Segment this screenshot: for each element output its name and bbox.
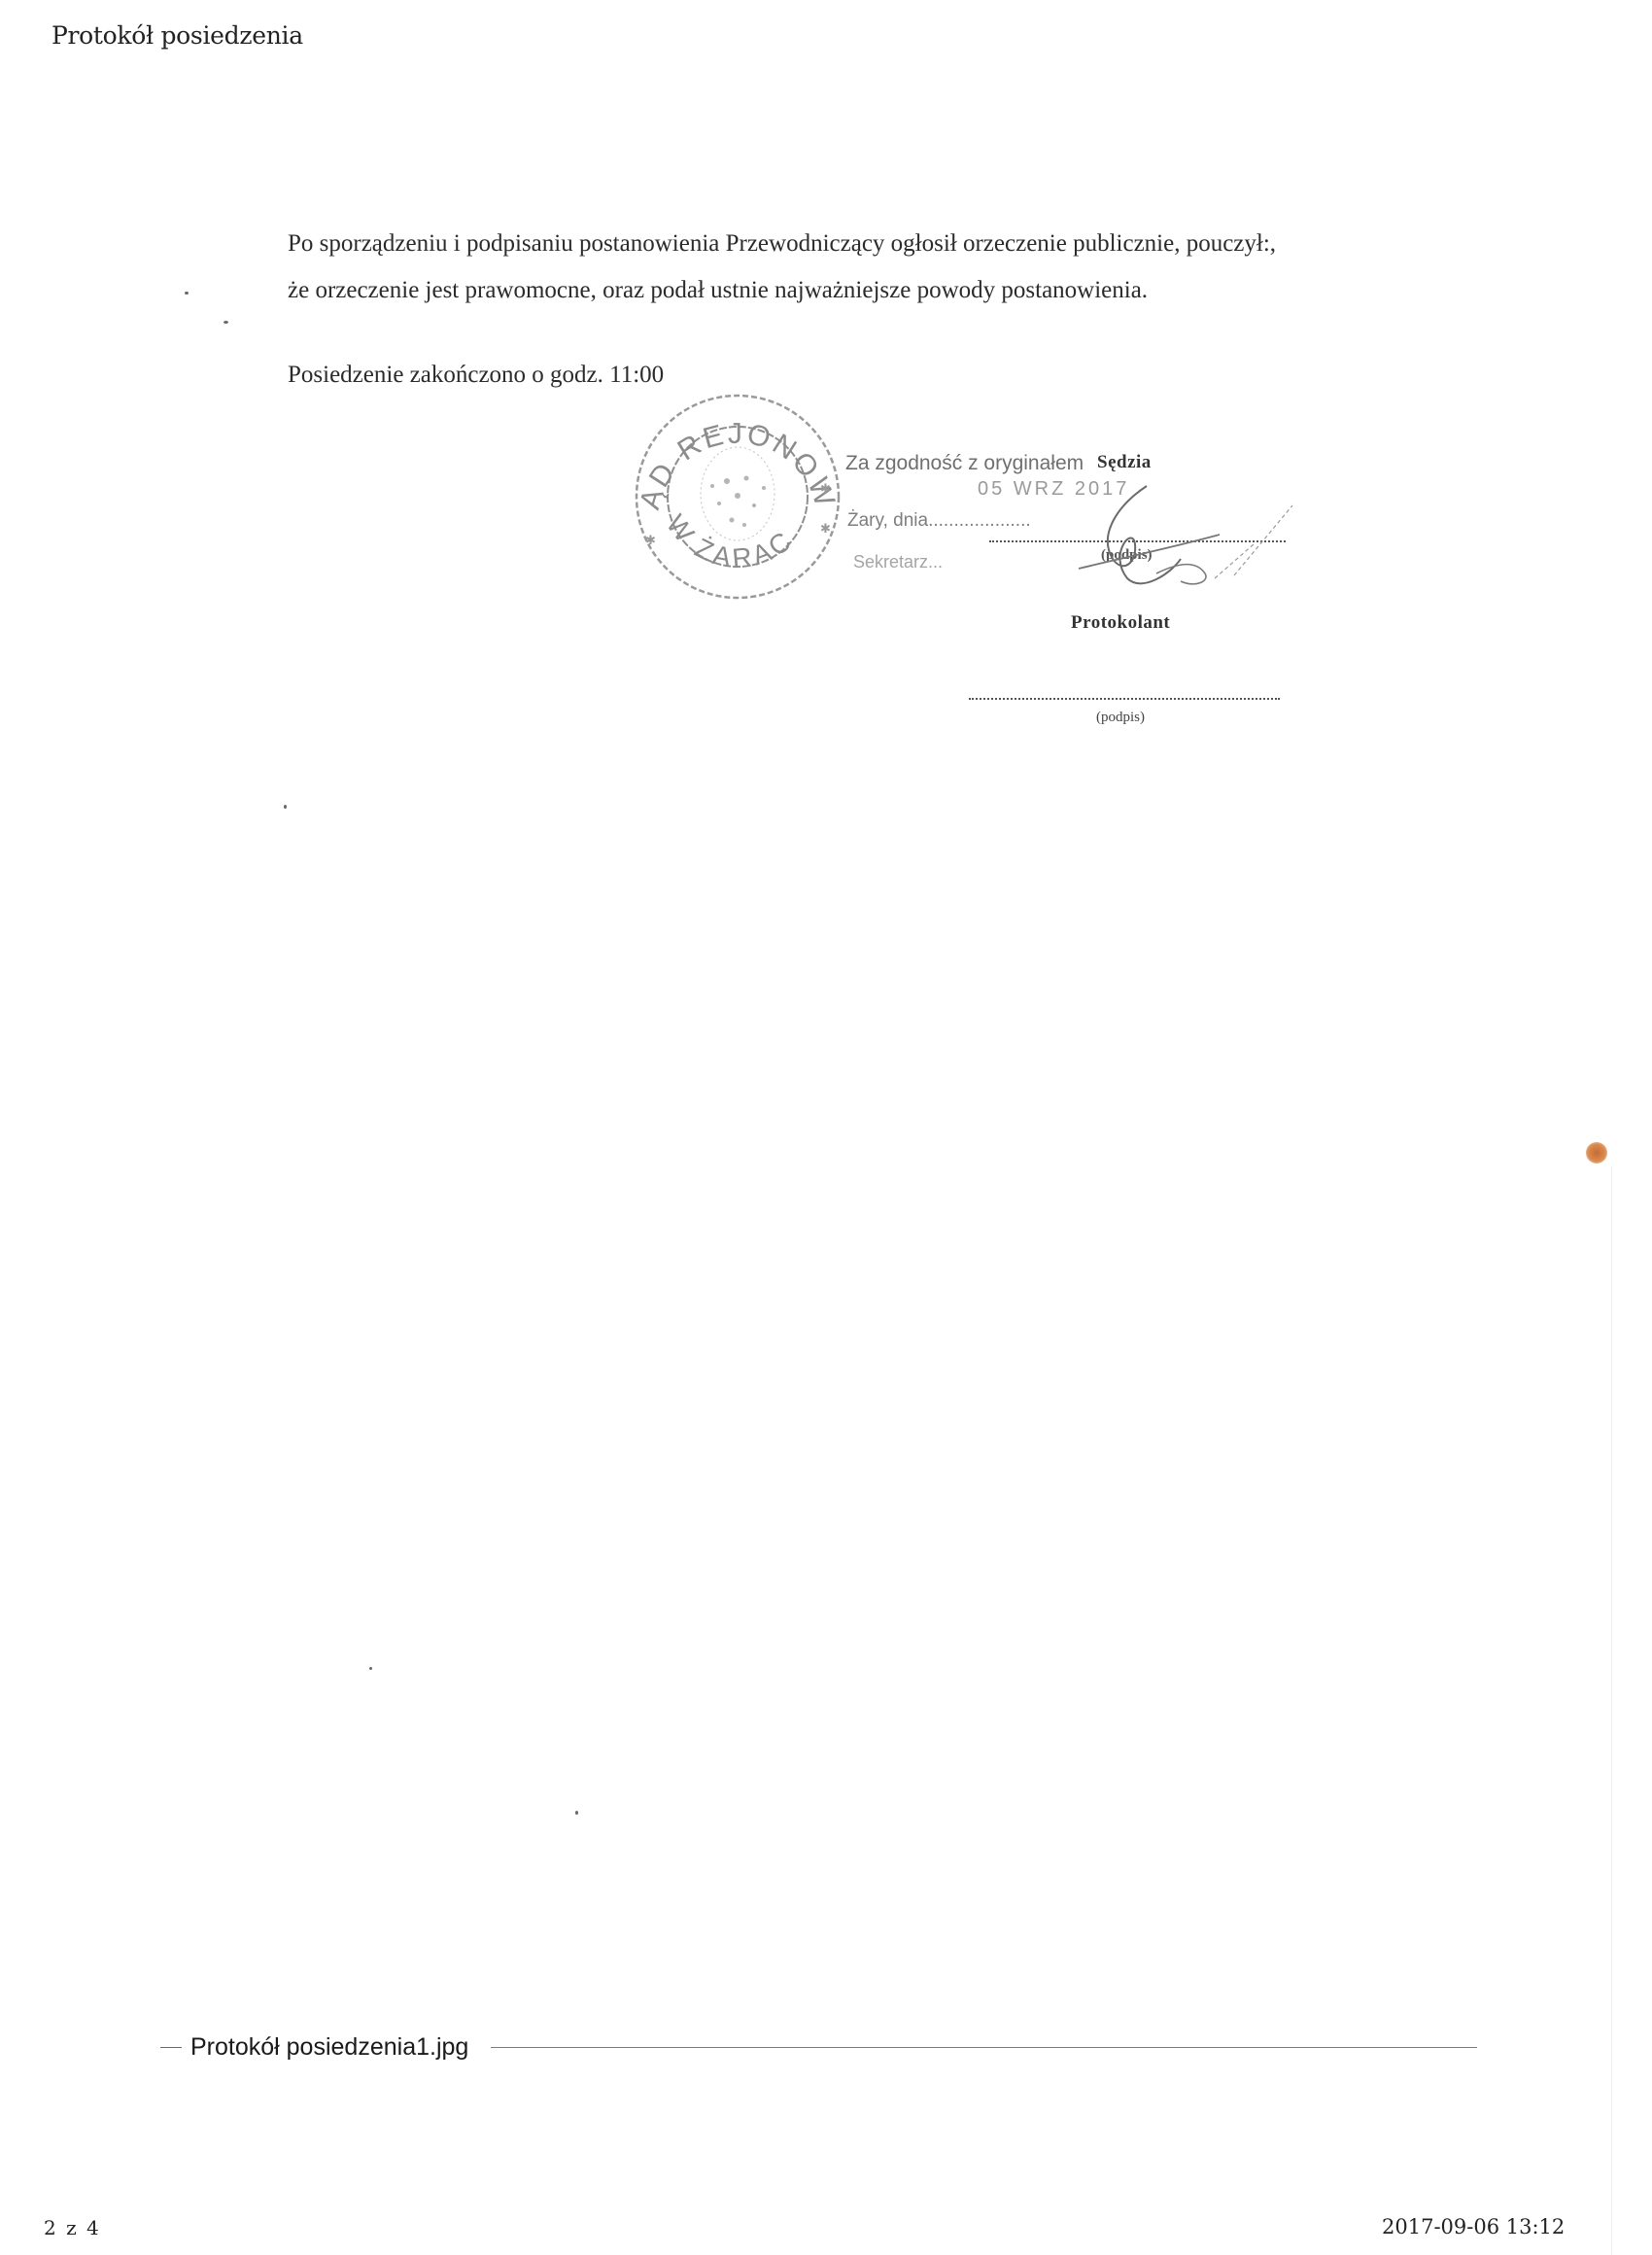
rule-left-segment (160, 2047, 182, 2048)
certification-secretary: Sekretarz... (853, 552, 943, 572)
clerk-signature-line (969, 698, 1280, 700)
paragraph-announcement-line2: że orzeczenie jest prawomocne, oraz poda… (288, 277, 1148, 304)
rule-right-segment (491, 2047, 1477, 2048)
clerk-signature-caption: (podpis) (1096, 710, 1145, 726)
print-timestamp: 2017-09-06 13:12 (1382, 2215, 1565, 2238)
court-seal-stamp-icon: SĄD REJONOWY W ŻARACH ✱ ✱ ✱ (630, 389, 845, 605)
scan-edge (1611, 1166, 1612, 2255)
svg-text:✱: ✱ (820, 481, 831, 496)
page-indicator: 2 z 4 (44, 2216, 101, 2239)
handwritten-signature-icon (1011, 467, 1302, 612)
rust-spot-mark (1586, 1142, 1607, 1163)
paragraph-announcement-line1: Po sporządzeniu i podpisaniu postanowien… (288, 230, 1276, 258)
scan-speck (369, 1667, 372, 1670)
certification-place-date: Żary, dnia.................... (847, 510, 1031, 532)
clerk-label: Protokolant (1071, 612, 1170, 634)
scan-speck (284, 805, 287, 809)
scan-speck (224, 321, 228, 324)
page-header-title: Protokół posiedzenia (52, 21, 303, 50)
svg-text:✱: ✱ (820, 521, 831, 536)
attachment-file-name: Protokół posiedzenia1.jpg (187, 2033, 472, 2062)
scan-speck (185, 292, 189, 295)
paragraph-session-end: Posiedzenie zakończono o godz. 11:00 (288, 362, 664, 389)
svg-text:✱: ✱ (645, 533, 656, 547)
scan-speck (575, 1811, 578, 1815)
